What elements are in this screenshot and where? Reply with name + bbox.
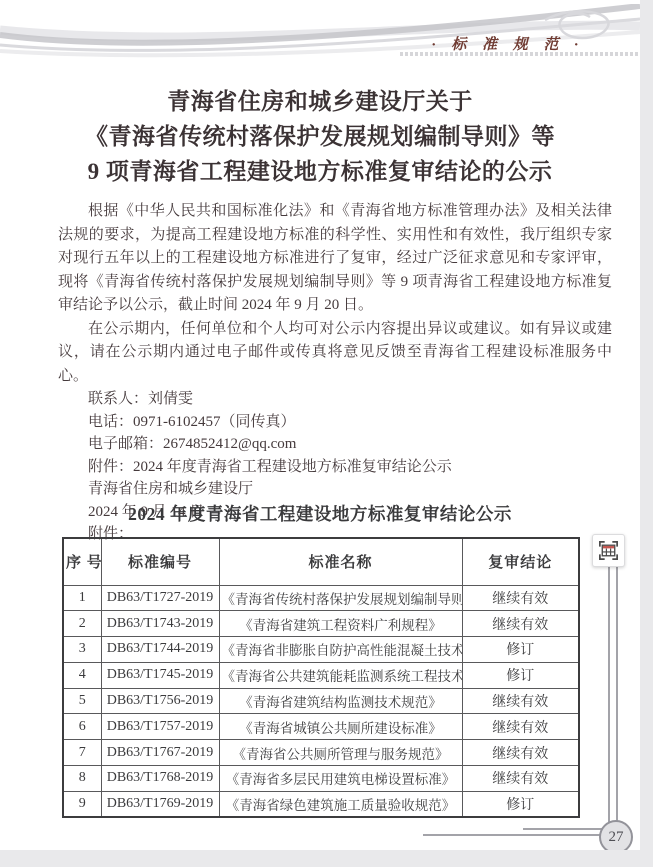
table-row: 2 DB63/T1743-2019 《青海省建筑工程资料广利规程》 继续有效 [63, 611, 579, 637]
document-page: · 标 准 规 范 · 青海省住房和城乡建设厅关于 《青海省传统村落保护发展规划… [0, 0, 640, 850]
email-line: 电子邮箱：2674852412@qq.com [58, 433, 612, 456]
cell-no: 2 [63, 611, 101, 637]
table-row: 6 DB63/T1757-2019 《青海省城镇公共厕所建设标准》 继续有效 [63, 714, 579, 740]
table-row: 8 DB63/T1768-2019 《青海省多层民用建筑电梯设置标准》 继续有效 [63, 766, 579, 792]
cell-code: DB63/T1757-2019 [101, 714, 219, 740]
table-row: 1 DB63/T1727-2019 《青海省传统村落保护发展规划编制导则》 继续… [63, 585, 579, 611]
cell-no: 6 [63, 714, 101, 740]
cell-name: 《青海省传统村落保护发展规划编制导则》 [219, 585, 462, 611]
decorative-vertical-pipe [608, 566, 618, 824]
announcement-title: 青海省住房和城乡建设厅关于 《青海省传统村落保护发展规划编制导则》等 9 项青海… [26, 84, 614, 189]
table-header-row: 序 号 标准编号 标准名称 复审结论 [63, 538, 579, 585]
attachment-line: 附件：2024 年度青海省工程建设地方标准复审结论公示 [58, 456, 612, 479]
cell-name: 《青海省公共厕所管理与服务规范》 [219, 740, 462, 766]
cell-code: DB63/T1727-2019 [101, 585, 219, 611]
cell-code: DB63/T1744-2019 [101, 637, 219, 663]
issuing-agency-line: 青海省住房和城乡建设厅 [58, 478, 612, 501]
header-standard-name: 标准名称 [219, 538, 462, 585]
cell-name: 《青海省建筑工程资料广利规程》 [219, 611, 462, 637]
cell-result: 修订 [462, 662, 579, 688]
cell-name: 《青海省非膨胀自防护高性能混凝土技术规程》 [219, 637, 462, 663]
table-row: 5 DB63/T1756-2019 《青海省建筑结构监测技术规范》 继续有效 [63, 688, 579, 714]
cell-name: 《青海省城镇公共厕所建设标准》 [219, 714, 462, 740]
screenshot-root: { "masthead": { "section_label": "· 标 准 … [0, 0, 653, 867]
cell-name: 《青海省建筑结构监测技术规范》 [219, 688, 462, 714]
cell-code: DB63/T1745-2019 [101, 662, 219, 688]
cell-no: 1 [63, 585, 101, 611]
cell-no: 4 [63, 662, 101, 688]
standards-review-table: 序 号 标准编号 标准名称 复审结论 1 DB63/T1727-2019 《青海… [62, 537, 580, 818]
cell-no: 8 [63, 766, 101, 792]
title-line-3: 9 项青海省工程建设地方标准复审结论的公示 [26, 154, 614, 189]
title-line-1: 青海省住房和城乡建设厅关于 [26, 84, 614, 119]
table-capture-icon[interactable] [592, 534, 625, 567]
table-row: 7 DB63/T1767-2019 《青海省公共厕所管理与服务规范》 继续有效 [63, 740, 579, 766]
decorative-horizontal-pipe-upper [523, 828, 611, 830]
attachment-table-title: 2024 年度青海省工程建设地方标准复审结论公示 [0, 501, 640, 526]
cell-code: DB63/T1767-2019 [101, 740, 219, 766]
table-row: 4 DB63/T1745-2019 《青海省公共建筑能耗监测系统工程技术规范》 … [63, 662, 579, 688]
cell-no: 7 [63, 740, 101, 766]
cell-result: 修订 [462, 637, 579, 663]
cell-no: 9 [63, 791, 101, 817]
cell-result: 修订 [462, 791, 579, 817]
paragraph-basis: 根据《中华人民共和国标准化法》和《青海省地方标准管理办法》及相关法律法规的要求，… [58, 200, 612, 318]
contact-person-line: 联系人：刘倩雯 [58, 388, 612, 411]
header-review-result: 复审结论 [462, 538, 579, 585]
phone-line: 电话：0971-6102457（同传真） [58, 411, 612, 434]
announcement-body: 青海省住房和城乡建设厅关于 《青海省传统村落保护发展规划编制导则》等 9 项青海… [0, 0, 640, 546]
header-standard-code: 标准编号 [101, 538, 219, 585]
cell-code: DB63/T1769-2019 [101, 791, 219, 817]
cell-name: 《青海省多层民用建筑电梯设置标准》 [219, 766, 462, 792]
title-line-2: 《青海省传统村落保护发展规划编制导则》等 [26, 119, 614, 154]
cell-result: 继续有效 [462, 688, 579, 714]
cell-name: 《青海省绿色建筑施工质量验收规范》 [219, 791, 462, 817]
cell-result: 继续有效 [462, 766, 579, 792]
cell-code: DB63/T1756-2019 [101, 688, 219, 714]
table-grid-icon [597, 539, 620, 562]
table-row: 9 DB63/T1769-2019 《青海省绿色建筑施工质量验收规范》 修订 [63, 791, 579, 817]
paragraph-feedback: 在公示期内，任何单位和个人均可对公示内容提出异议或建议。如有异议或建议，请在公示… [58, 318, 612, 389]
cell-no: 3 [63, 637, 101, 663]
cell-result: 继续有效 [462, 714, 579, 740]
page-number-badge: 27 [599, 820, 633, 850]
header-serial-number: 序 号 [63, 538, 101, 585]
cell-result: 继续有效 [462, 585, 579, 611]
cell-no: 5 [63, 688, 101, 714]
table-row: 3 DB63/T1744-2019 《青海省非膨胀自防护高性能混凝土技术规程》 … [63, 637, 579, 663]
cell-code: DB63/T1768-2019 [101, 766, 219, 792]
cell-result: 继续有效 [462, 611, 579, 637]
decorative-horizontal-pipe-lower [423, 834, 611, 836]
cell-name: 《青海省公共建筑能耗监测系统工程技术规范》 [219, 662, 462, 688]
cell-code: DB63/T1743-2019 [101, 611, 219, 637]
cell-result: 继续有效 [462, 740, 579, 766]
